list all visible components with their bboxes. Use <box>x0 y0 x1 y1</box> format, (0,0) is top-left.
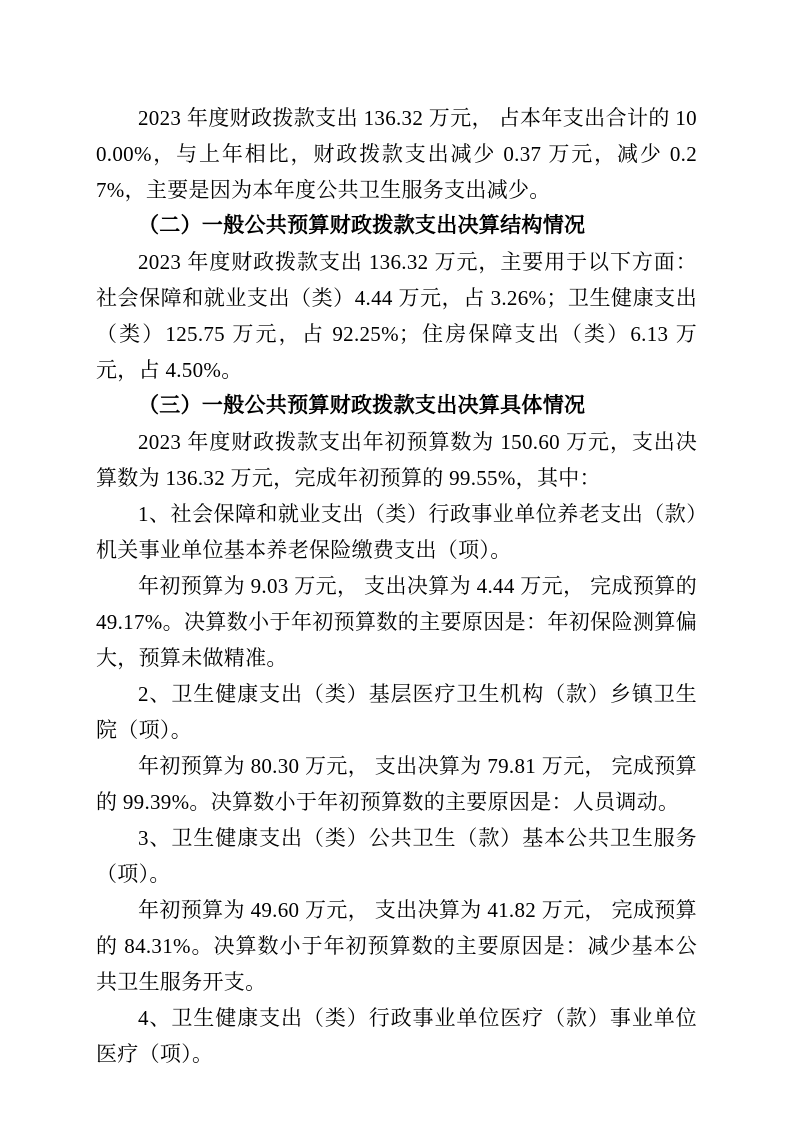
paragraph-item-4-title: 4、卫生健康支出（类）行政事业单位医疗（款）事业单位医疗（项）。 <box>96 1000 697 1072</box>
heading-section-3-expenditure-specifics: （三）一般公共预算财政拨款支出决算具体情况 <box>96 388 697 424</box>
paragraph-item-1-title: 1、社会保障和就业支出（类）行政事业单位养老支出（款）机关事业单位基本养老保险缴… <box>96 496 697 568</box>
paragraph-expenditure-structure-detail: 2023 年度财政拨款支出 136.32 万元，主要用于以下方面：社会保障和就业… <box>96 244 697 388</box>
paragraph-budget-vs-final: 2023 年度财政拨款支出年初预算数为 150.60 万元，支出决算数为 136… <box>96 424 697 496</box>
paragraph-expenditure-overview: 2023 年度财政拨款支出 136.32 万元， 占本年支出合计的 100.00… <box>96 100 697 208</box>
paragraph-item-2-title: 2、卫生健康支出（类）基层医疗卫生机构（款）乡镇卫生院（项）。 <box>96 676 697 748</box>
heading-section-2-expenditure-structure: （二）一般公共预算财政拨款支出决算结构情况 <box>96 208 697 244</box>
paragraph-item-1-detail: 年初预算为 9.03 万元， 支出决算为 4.44 万元， 完成预算的 49.1… <box>96 568 697 676</box>
paragraph-item-3-title: 3、卫生健康支出（类）公共卫生（款）基本公共卫生服务（项）。 <box>96 820 697 892</box>
document-content: 2023 年度财政拨款支出 136.32 万元， 占本年支出合计的 100.00… <box>96 100 697 1072</box>
document-page: 2023 年度财政拨款支出 136.32 万元， 占本年支出合计的 100.00… <box>0 0 793 1122</box>
paragraph-item-2-detail: 年初预算为 80.30 万元， 支出决算为 79.81 万元， 完成预算的 99… <box>96 748 697 820</box>
paragraph-item-3-detail: 年初预算为 49.60 万元， 支出决算为 41.82 万元， 完成预算的 84… <box>96 892 697 1000</box>
